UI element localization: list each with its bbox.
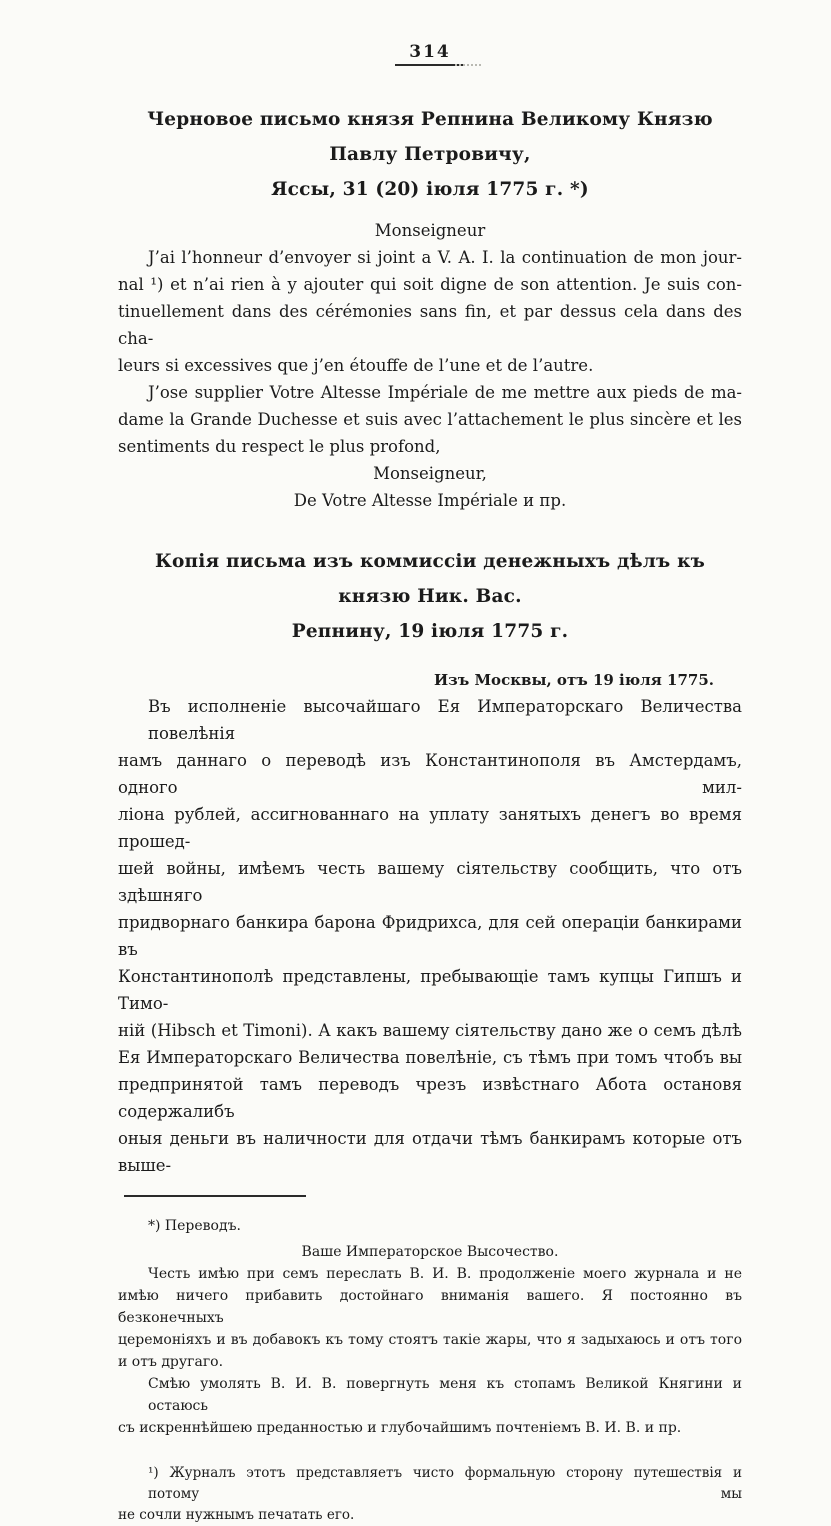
text-line: придворнаго банкира барона Фридрихса, дл…: [118, 909, 742, 963]
letter1-paragraph2: J’ose supplier Votre Altesse Impériale d…: [118, 379, 742, 460]
letter2-dateline: Изъ Москвы, отъ 19 іюля 1775.: [118, 669, 742, 691]
page-number: 314: [395, 42, 465, 66]
text-line: намъ даннаго о переводѣ изъ Константиноп…: [118, 747, 742, 801]
text-line: Въ исполненіе высочайшаго Ея Императорск…: [118, 693, 742, 747]
text-line: leurs si excessives que j’en étouffe de …: [118, 352, 742, 379]
text-line: tinuellement dans des cérémonies sans fi…: [118, 298, 742, 352]
letter1-title-line1: Черновое письмо князя Репнина Великому К…: [118, 102, 742, 172]
letter2-title-line2: Репнину, 19 іюля 1775 г.: [118, 614, 742, 649]
text-line: имѣю ничего прибавить достойнаго внимані…: [118, 1285, 742, 1329]
letter1-title: Черновое письмо князя Репнина Великому К…: [118, 102, 742, 207]
footnote-separator-rule: [124, 1195, 306, 1197]
text-line: Честь имѣю при семъ переслать В. И. В. п…: [118, 1263, 742, 1285]
text-line: ній (Hibsch et Timoni). А какъ вашему сі…: [118, 1017, 742, 1044]
letter1-title-line2: Яссы, 31 (20) іюля 1775 г. *): [118, 172, 742, 207]
scan-artifact: [455, 64, 481, 66]
text-line: оныя деньги въ наличности для отдачи тѣм…: [118, 1125, 742, 1179]
letter1-closing-line1: Monseigneur,: [118, 460, 742, 487]
text-line: sentiments du respect le plus profond,: [118, 433, 742, 460]
text-line: ліона рублей, ассигнованнаго на уплату з…: [118, 801, 742, 855]
text-line: J’ai l’honneur d’envoyer si joint a V. A…: [118, 244, 742, 271]
text-line: nal ¹) et n’ai rien à y ajouter qui soit…: [118, 271, 742, 298]
letter1-salutation: Monseigneur: [118, 217, 742, 244]
page-number-block: 314: [118, 42, 742, 66]
footnote-asterisk-paragraph1: Честь имѣю при семъ переслать В. И. В. п…: [118, 1263, 742, 1373]
letter1-closing-line2: De Votre Altesse Impériale и пр.: [118, 487, 742, 514]
text-line: съ искреннѣйшею преданностью и глубочайш…: [118, 1417, 742, 1439]
text-line: предпринятой тамъ переводъ чрезъ извѣстн…: [118, 1071, 742, 1125]
text-line: шей войны, имѣемъ честь вашему сіятельст…: [118, 855, 742, 909]
footnote-asterisk: *) Переводъ. Ваше Императорское Высочест…: [118, 1215, 742, 1439]
footnote-asterisk-label: *) Переводъ.: [118, 1215, 742, 1237]
text-line: не сочли нужнымъ печатать его.: [118, 1505, 742, 1526]
letter2-title: Копія письма изъ коммиссіи денежныхъ дѣл…: [118, 544, 742, 649]
text-line: и отъ другаго.: [118, 1351, 742, 1373]
text-line: Ея Императорскаго Величества повелѣніе, …: [118, 1044, 742, 1071]
scanned-book-page: 314 Черновое письмо князя Репнина Велико…: [0, 0, 831, 1526]
footnote-asterisk-paragraph2: Смѣю умолять В. И. В. повергнуть меня къ…: [118, 1373, 742, 1439]
letter2-body: Въ исполненіе высочайшаго Ея Императорск…: [118, 693, 742, 1179]
text-line: Смѣю умолять В. И. В. повергнуть меня къ…: [118, 1373, 742, 1417]
footnote-numeric: ¹) Журналъ этотъ представляетъ чисто фор…: [118, 1463, 742, 1526]
letter2-title-line1: Копія письма изъ коммиссіи денежныхъ дѣл…: [118, 544, 742, 614]
text-line: dame la Grande Duchesse et suis avec l’a…: [118, 406, 742, 433]
text-line: ¹) Журналъ этотъ представляетъ чисто фор…: [118, 1463, 742, 1505]
footnote-asterisk-heading: Ваше Императорское Высочество.: [118, 1241, 742, 1263]
text-line: Константинополѣ представлены, пребывающі…: [118, 963, 742, 1017]
letter1-closing: Monseigneur, De Votre Altesse Impériale …: [118, 460, 742, 514]
text-line: J’ose supplier Votre Altesse Impériale d…: [118, 379, 742, 406]
letter1-paragraph1: J’ai l’honneur d’envoyer si joint a V. A…: [118, 244, 742, 379]
text-line: церемоніяхъ и въ добавокъ къ тому стоятъ…: [118, 1329, 742, 1351]
